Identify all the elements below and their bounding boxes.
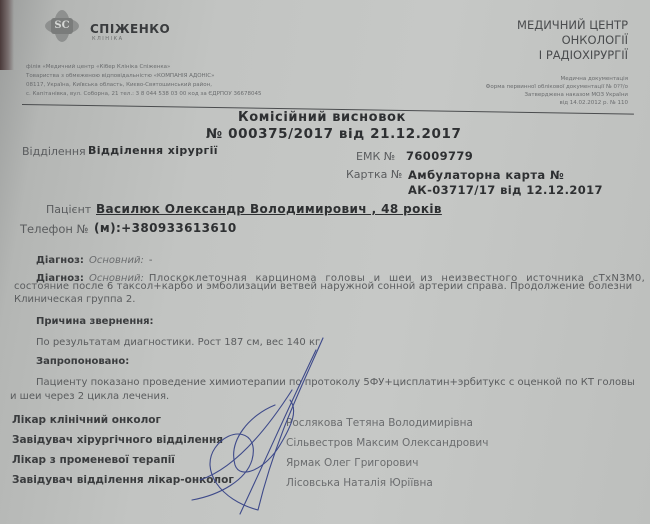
patient-value: Василюк Олександр Володимирович , 48 рок… bbox=[96, 202, 442, 216]
logo-text: SC bbox=[51, 18, 73, 34]
med-doc-line: від 14.02.2012 р. № 110 bbox=[559, 99, 628, 107]
address-line: філія «Медичний центр «Кібер Клініка Спі… bbox=[26, 64, 170, 70]
phone-label: Телефон № bbox=[20, 222, 89, 236]
diagnosis-type: Основний: bbox=[89, 255, 144, 266]
address-line: с. Капітанівка, вул. Соборна, 21 тел.: 3… bbox=[26, 91, 261, 97]
emk-value: 76009779 bbox=[406, 149, 473, 163]
med-doc-line: Форма первинної облікової документації №… bbox=[486, 83, 628, 91]
document-number: № 000375/2017 від 21.12.2017 bbox=[206, 126, 461, 142]
clinic-logo-icon: SC bbox=[45, 10, 79, 42]
signature-role: Лікар клінічний онколог bbox=[12, 414, 161, 426]
signature-role: Лікар з променевої терапії bbox=[12, 454, 175, 466]
reason-text: По результатам диагностики. Рост 187 см,… bbox=[36, 337, 320, 348]
proposed-text-line1: Пациенту показано проведение химиотерапи… bbox=[36, 377, 635, 388]
center-title-line: МЕДИЧНИЙ ЦЕНТР bbox=[517, 18, 628, 33]
diagnosis-label: Діагноз: bbox=[36, 255, 84, 266]
department-value: Відділення хірургії bbox=[88, 144, 218, 157]
signature-name: Рослякова Тетяна Володимирівна bbox=[286, 417, 473, 429]
address-line: Товариства з обмеженою відповідальністю … bbox=[26, 73, 215, 79]
signature-name: Лісовська Наталія Юріївна bbox=[286, 477, 433, 489]
document-title: Комісійний висновок bbox=[238, 110, 406, 125]
center-title-line: ОНКОЛОГІЇ bbox=[562, 33, 628, 48]
signature-role: Завідувач відділення лікар-онколог bbox=[12, 474, 234, 486]
med-doc-line: Затверджена наказом МОЗ України bbox=[524, 91, 628, 99]
signature-name: Ярмак Олег Григорович bbox=[286, 457, 418, 469]
signature-name: Сільвестров Максим Олександрович bbox=[286, 437, 488, 449]
reason-label: Причина звернення: bbox=[36, 316, 154, 327]
card-label: Картка № bbox=[346, 168, 402, 181]
proposed-text-line2: и шеи через 2 цикла лечения. bbox=[10, 391, 169, 402]
photo-edge-shadow bbox=[0, 0, 14, 70]
brand-name: СПІЖЕНКО bbox=[90, 22, 170, 36]
diagnosis-text-line2: состояние после 6 таксол+карбо и эмболиз… bbox=[14, 281, 632, 292]
patient-label: Пацієнт bbox=[46, 203, 91, 216]
card-value-line2: АК-03717/17 від 12.12.2017 bbox=[408, 183, 603, 197]
address-line: 08117, Україна, Київська область, Києво-… bbox=[26, 82, 212, 88]
emk-label: ЕМК № bbox=[356, 150, 395, 163]
phone-value: (м):+380933613610 bbox=[94, 221, 237, 235]
proposed-label: Запропоновано: bbox=[36, 356, 129, 367]
card-value-line1: Амбулаторна карта № bbox=[408, 168, 564, 182]
brand-subtitle: КЛІНІКА bbox=[92, 36, 124, 42]
med-doc-line: Медична документація bbox=[561, 75, 629, 83]
department-label: Відділення bbox=[22, 145, 86, 158]
signature-role: Завідувач хірургічного відділення bbox=[12, 434, 223, 446]
diagnosis-text-line3: Клиническая группа 2. bbox=[14, 294, 135, 305]
diagnosis-value: - bbox=[149, 255, 153, 266]
center-title-line: І РАДІОХІРУРГІЇ bbox=[539, 48, 628, 63]
diagnosis-primary-empty: Діагноз: Основний: - bbox=[36, 248, 153, 267]
